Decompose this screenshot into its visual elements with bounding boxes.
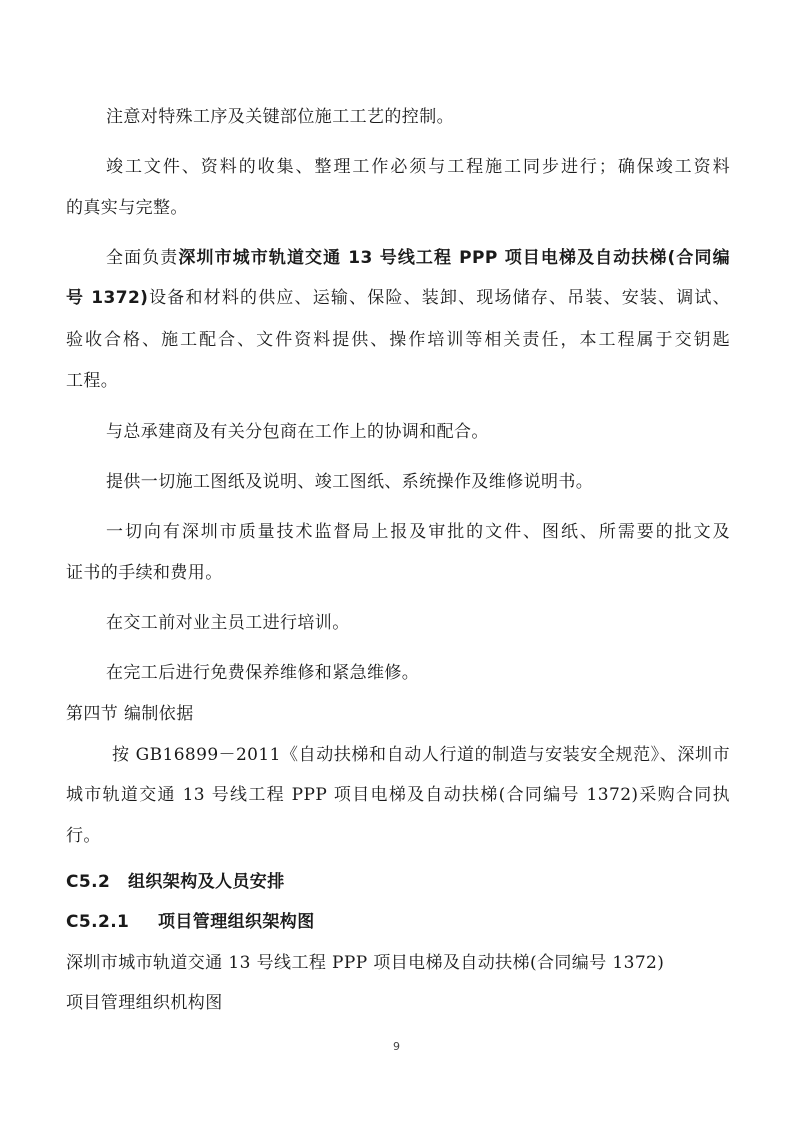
document-page: 注意对特殊工序及关键部位施工工艺的控制。 竣工文件、资料的收集、整理工作必须与工… — [0, 0, 793, 1122]
heading-number: C5.2.1 — [66, 911, 158, 933]
project-name-bold: 深圳市城市轨道交通 13 号线工程 PPP 项目电梯及自动扶梯(合同编 — [178, 248, 730, 268]
paragraph-completion-docs-line1: 竣工文件、资料的收集、整理工作必须与工程施工同步进行；确保竣工资料 — [106, 156, 730, 178]
paragraph-responsibility-line4: 工程。 — [66, 370, 730, 392]
paragraph-coordination: 与总承建商及有关分包商在工作上的协调和配合。 — [106, 421, 730, 443]
paragraph-responsibility-line3: 验收合格、施工配合、文件资料提供、操作培训等相关责任，本工程属于交钥匙 — [66, 329, 730, 351]
paragraph-drawings: 提供一切施工图纸及说明、竣工图纸、系统操作及维修说明书。 — [106, 471, 730, 493]
paragraph-approvals-line1: 一切向有深圳市质量技术监督局上报及审批的文件、图纸、所需要的批文及 — [106, 521, 730, 543]
paragraph-training: 在交工前对业主员工进行培训。 — [106, 612, 730, 634]
paragraph-responsibility-line1: 全面负责深圳市城市轨道交通 13 号线工程 PPP 项目电梯及自动扶梯(合同编 — [106, 247, 730, 269]
paragraph-approvals-line2: 证书的手续和费用。 — [66, 562, 730, 584]
heading-title: 项目管理组织架构图 — [158, 912, 315, 932]
responsibility-lead: 全面负责 — [106, 248, 178, 268]
chart-caption-line2: 项目管理组织机构图 — [66, 992, 730, 1014]
heading-c5-2: C5.2组织架构及人员安排 — [66, 871, 730, 893]
basis-body-line1: 按 GB16899－2011《自动扶梯和自动人行道的制造与安装安全规范》、深圳市 — [112, 744, 730, 766]
page-number: 9 — [0, 1040, 793, 1053]
responsibility-scope: 设备和材料的供应、运输、保险、装卸、现场储存、吊装、安装、调试、 — [148, 288, 730, 308]
chart-caption-line1: 深圳市城市轨道交通 13 号线工程 PPP 项目电梯及自动扶梯(合同编号 137… — [66, 952, 730, 974]
paragraph-responsibility-line2: 号 1372)设备和材料的供应、运输、保险、装卸、现场储存、吊装、安装、调试、 — [66, 287, 730, 309]
paragraph-special-process: 注意对特殊工序及关键部位施工工艺的控制。 — [106, 106, 730, 128]
basis-body-line3: 行。 — [66, 825, 730, 847]
section-heading-basis: 第四节 编制依据 — [66, 703, 730, 725]
heading-title: 组织架构及人员安排 — [128, 872, 285, 892]
paragraph-completion-docs-line2: 的真实与完整。 — [66, 197, 730, 219]
heading-c5-2-1: C5.2.1项目管理组织架构图 — [66, 911, 730, 933]
heading-number: C5.2 — [66, 871, 128, 893]
contract-number-bold: 号 1372) — [66, 288, 148, 308]
paragraph-maintenance: 在完工后进行免费保养维修和紧急维修。 — [106, 662, 730, 684]
basis-body-line2: 城市轨道交通 13 号线工程 PPP 项目电梯及自动扶梯(合同编号 1372)采… — [66, 784, 730, 806]
